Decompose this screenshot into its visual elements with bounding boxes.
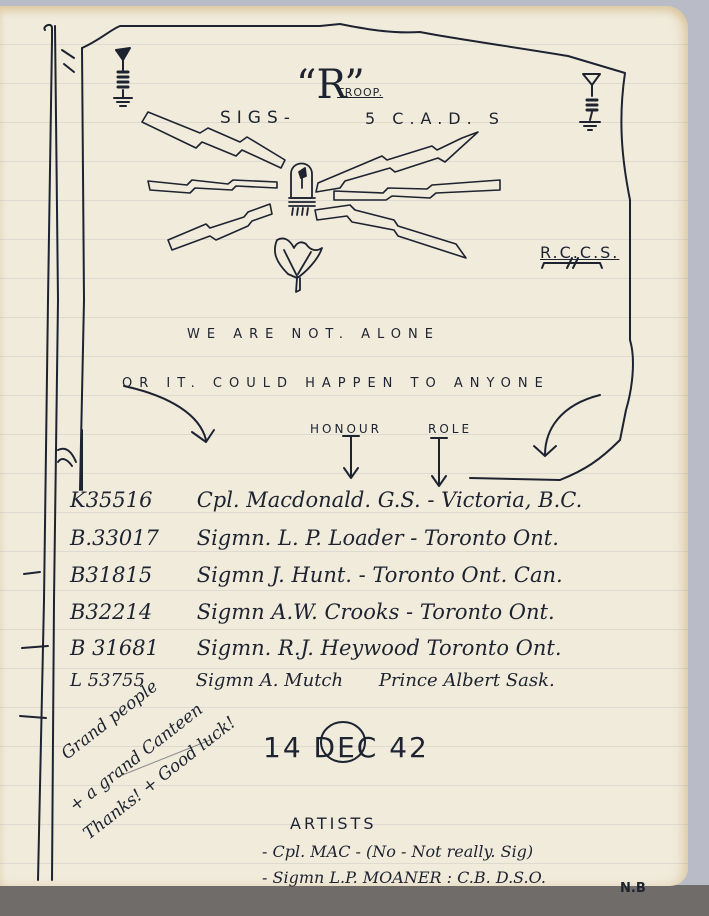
motto-line-2: OR IT. COULD HAPPEN TO ANYONE [122, 376, 550, 391]
hometown: Toronto Ont. Can. [372, 563, 562, 587]
radio-valve-icon [289, 164, 315, 216]
soldier-name: Sigmn J. Hunt. - [197, 563, 366, 587]
hometown: Toronto Ont. [420, 600, 555, 624]
margin-line-outer [38, 25, 52, 880]
soldier-name: Sigmn A. Mutch [196, 670, 343, 691]
notebook-page: “R” TROOP. SIGS- 5 C.A.D. S R.C.C.S. WE … [0, 6, 688, 886]
date: 14 DEC 42 [263, 731, 429, 764]
arrow-right [545, 395, 600, 455]
arrow-role [431, 438, 447, 486]
honour-label: HONOUR [310, 422, 382, 436]
artists-title: ARTISTS [290, 814, 376, 833]
arrow-honour [343, 436, 359, 478]
troop-letter: “R” [296, 62, 365, 108]
service-number: K35516 [70, 488, 190, 512]
service-number: L 53755 [70, 670, 190, 691]
artist-credit-1: - Cpl. MAC - (No - Not really. Sig) [262, 842, 533, 861]
antenna-coil-icon-left [114, 48, 132, 106]
roll-entry: B 31681 Sigmn. R.J. Heywood Toronto Ont. [70, 636, 562, 660]
hometown: Toronto Ont. [427, 636, 562, 660]
margin-line-inner [52, 26, 58, 880]
soldier-name: Cpl. Macdonald. G.S. - [197, 488, 435, 512]
motto-line-1: WE ARE NOT. ALONE [187, 327, 440, 342]
roll-entry: B.33017 Sigmn. L. P. Loader - Toronto On… [70, 526, 559, 550]
rccs-underline [542, 263, 602, 268]
scan-background [0, 885, 709, 916]
hometown: Prince Albert Sask. [379, 670, 555, 691]
artist-credit-2: - Sigmn L.P. MOANER : C.B. D.S.O. [262, 868, 546, 887]
service-number: B 31681 [70, 636, 190, 660]
unit-label: 5 C.A.D. S [365, 109, 505, 128]
lightning-bolt-icons [142, 112, 500, 258]
troop-label: TROOP. [337, 86, 383, 99]
corps-label: R.C.C.S. [540, 243, 619, 262]
initials: N.B [620, 881, 646, 896]
antenna-coil-icon-right [580, 74, 600, 130]
sigs-label: SIGS- [220, 108, 296, 128]
service-number: B.33017 [70, 526, 190, 550]
soldier-name: Sigmn. L. P. Loader - [197, 526, 418, 550]
hometown: Toronto Ont. [424, 526, 559, 550]
margin-line-flag-pole [80, 48, 84, 490]
soldier-name: Sigmn. R.J. Heywood [197, 636, 420, 660]
service-number: B31815 [70, 563, 190, 587]
hometown: Victoria, B.C. [441, 488, 582, 512]
roll-entry: B32214 Sigmn A.W. Crooks - Toronto Ont. [70, 600, 555, 624]
soldier-name: Sigmn A.W. Crooks - [197, 600, 413, 624]
roll-entry: B31815 Sigmn J. Hunt. - Toronto Ont. Can… [70, 563, 563, 587]
arrow-left [124, 386, 206, 440]
roll-entry: K35516 Cpl. Macdonald. G.S. - Victoria, … [70, 488, 582, 512]
maple-leaf-icon [275, 238, 322, 292]
role-label: ROLE [428, 422, 472, 436]
service-number: B32214 [70, 600, 190, 624]
